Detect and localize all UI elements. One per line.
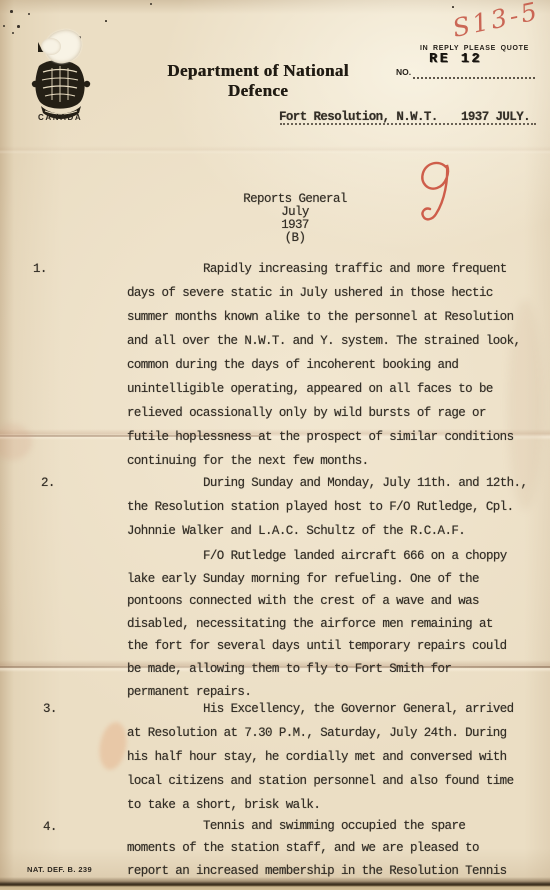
paragraph-text: Rapidly increasing traffic and more freq… — [127, 257, 520, 473]
typed-line: His Excellency, the Governor General, ar… — [127, 697, 514, 721]
ink-speck — [10, 10, 13, 13]
ink-speck — [17, 25, 20, 28]
ink-speck — [150, 3, 152, 5]
typed-line: F/O Rutledge landed aircraft 666 on a ch… — [127, 545, 507, 568]
form-number: NAT. DEF. B. 239 — [27, 865, 92, 874]
document-page: CANADA Department of National Defence IN… — [0, 0, 550, 890]
typed-line: summer months known alike to the personn… — [127, 305, 520, 329]
typed-line: moments of the station staff, and we are… — [127, 837, 507, 859]
ink-speck — [28, 13, 30, 15]
typed-line: pontoons connected with the crest of a w… — [127, 590, 507, 613]
dateline-date: 1937 JULY. — [461, 105, 530, 129]
crest-caption: CANADA — [38, 113, 82, 122]
reply-quote-label: IN REPLY PLEASE QUOTE — [420, 45, 529, 52]
ink-speck — [12, 32, 14, 34]
reply-reference-stamp: RE 12 — [429, 52, 482, 67]
paragraph-number: 2. — [41, 471, 55, 495]
paragraph-number: 3. — [43, 697, 57, 721]
typed-line: lake early Sunday morning for refueling.… — [127, 568, 507, 591]
paragraph-2-continued: F/O Rutledge landed aircraft 666 on a ch… — [33, 545, 507, 703]
paragraph-text: F/O Rutledge landed aircraft 666 on a ch… — [127, 545, 507, 703]
typed-line: common during the days of incoherent boo… — [127, 353, 520, 377]
paragraph-1: 1. Rapidly increasing traffic and more f… — [33, 257, 520, 473]
typed-line: his half hour stay, he cordially met and… — [127, 745, 514, 769]
typed-line: relieved ocassionally only by wild burst… — [127, 401, 520, 425]
typed-line: report an increased membership in the Re… — [127, 860, 507, 882]
typed-line: During Sunday and Monday, July 11th. and… — [127, 471, 527, 495]
typed-line: be made, allowing them to fly to Fort Sm… — [127, 658, 507, 681]
ink-speck — [105, 20, 107, 22]
handwritten-file-number: S13-5 — [450, 0, 542, 43]
typed-line: Johnnie Walker and L.A.C. Schultz of the… — [127, 519, 527, 543]
typed-line: the Resolution station played host to F/… — [127, 495, 527, 519]
typed-line: Tennis and swimming occupied the spare — [127, 815, 507, 837]
typed-line: (B) — [170, 232, 420, 245]
paragraph-text: His Excellency, the Governor General, ar… — [127, 697, 514, 817]
dotted-rule — [413, 77, 535, 79]
typed-line: and all over the N.W.T. and Y. system. T… — [127, 329, 520, 353]
typed-line: days of severe static in July ushered in… — [127, 281, 520, 305]
typed-line: Rapidly increasing traffic and more freq… — [127, 257, 520, 281]
number-label: NO. — [396, 67, 411, 77]
paragraph-3: 3. His Excellency, the Governor General,… — [33, 697, 514, 817]
dateline-place: Fort Resolution, N.W.T. — [279, 105, 438, 129]
typed-line: at Resolution at 7.30 P.M., Saturday, Ju… — [127, 721, 514, 745]
typed-line: to take a short, brisk walk. — [127, 793, 514, 817]
paragraph-text: During Sunday and Monday, July 11th. and… — [127, 471, 527, 543]
typed-line: continuing for the next few months. — [127, 449, 520, 473]
typed-line: the fort for several days until temporar… — [127, 635, 507, 658]
department-title: Department of National Defence — [140, 61, 376, 101]
typed-line: disabled, necessitating the airforce men… — [127, 613, 507, 636]
paragraph-number: 1. — [33, 257, 47, 281]
ink-speck — [3, 25, 5, 27]
punch-hole — [41, 38, 61, 55]
typed-line: unintelligible operating, appeared on al… — [127, 377, 520, 401]
typed-line: futile hoplessness at the prospect of si… — [127, 425, 520, 449]
report-title-block: Reports GeneralJuly1937(B) — [170, 193, 420, 245]
typed-line: local citizens and station personnel and… — [127, 769, 514, 793]
paragraph-2: 2. During Sunday and Monday, July 11th. … — [33, 471, 527, 543]
paragraph-number: 4. — [43, 815, 57, 839]
paragraph-4: 4. Tennis and swimming occupied the spar… — [33, 815, 507, 882]
paper-stain — [0, 424, 32, 460]
paragraph-text: Tennis and swimming occupied the sparemo… — [127, 815, 507, 882]
ink-speck — [452, 6, 454, 8]
